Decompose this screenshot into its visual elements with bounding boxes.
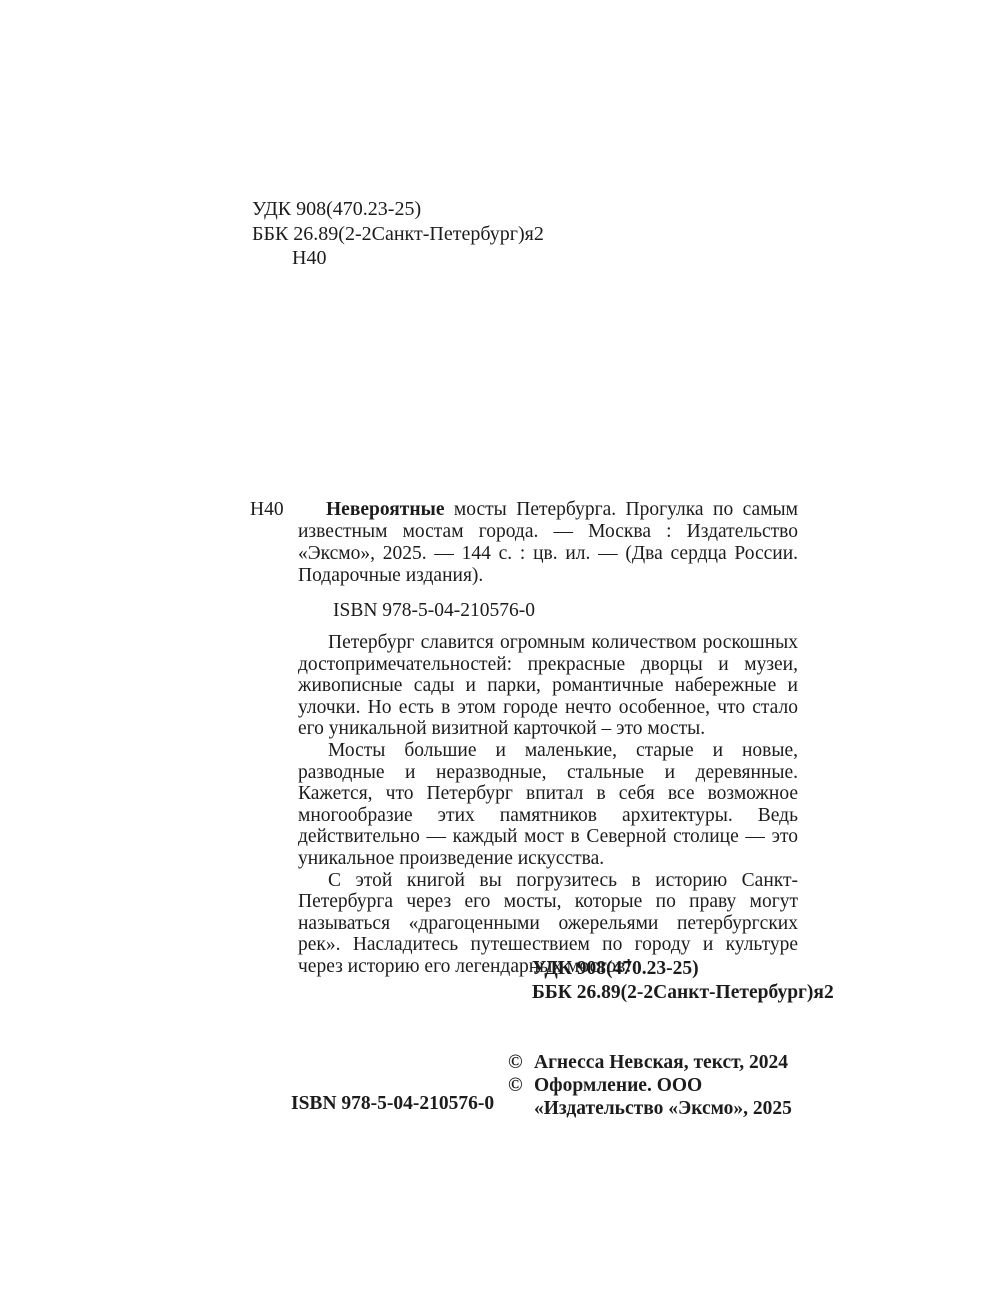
annotation: Петербург славится огромным количеством … (298, 632, 798, 978)
isbn-top: ISBN 978-5-04-210576-0 (333, 600, 535, 622)
author-sign-code: Н40 (252, 246, 544, 271)
top-classification-codes: УДК 908(470.23-25) ББК 26.89(2-2Санкт-Пе… (252, 197, 544, 271)
udc-code-bottom: УДК 908(470.23-25) (532, 957, 834, 981)
catalog-entry: Н40 Невероятные мосты Петербурга. Прогул… (250, 499, 798, 587)
copyright-page: УДК 908(470.23-25) ББК 26.89(2-2Санкт-Пе… (0, 0, 1000, 1312)
annotation-paragraph: Петербург славится огромным количеством … (298, 632, 798, 740)
copyright-icon: © (508, 1074, 534, 1120)
copyright-publisher-line: © Оформление. ООО «Издательство «Эксмо»,… (508, 1074, 808, 1120)
catalog-author-sign: Н40 (250, 499, 284, 521)
catalog-description: Невероятные мосты Петербурга. Прогулка п… (298, 499, 798, 587)
isbn-bottom: ISBN 978-5-04-210576-0 (291, 1093, 494, 1115)
copyright-author-text: Агнесса Невская, текст, 2024 (534, 1051, 808, 1074)
bottom-classification-codes: УДК 908(470.23-25) ББК 26.89(2-2Санкт-Пе… (532, 957, 834, 1004)
udc-code: УДК 908(470.23-25) (252, 197, 544, 222)
copyright-block: © Агнесса Невская, текст, 2024 © Оформле… (508, 1051, 808, 1120)
annotation-paragraph: Мосты большие и маленькие, старые и новы… (298, 740, 798, 870)
copyright-icon: © (508, 1051, 534, 1074)
copyright-publisher-text: Оформление. ООО «Издательство «Эксмо», 2… (534, 1074, 808, 1120)
bbk-code: ББК 26.89(2-2Санкт-Петербург)я2 (252, 222, 544, 247)
book-title: Невероятные (326, 499, 444, 520)
copyright-author-line: © Агнесса Невская, текст, 2024 (508, 1051, 808, 1074)
bbk-code-bottom: ББК 26.89(2-2Санкт-Петербург)я2 (532, 981, 834, 1005)
